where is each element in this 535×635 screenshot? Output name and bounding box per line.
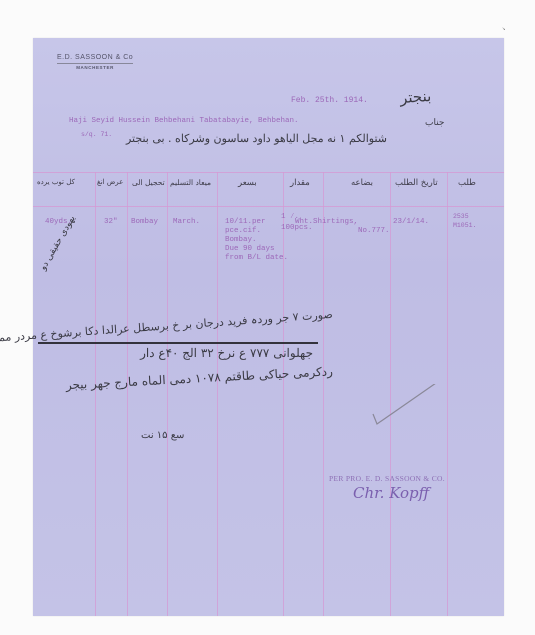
salutation-script: بنجتر	[399, 87, 431, 107]
address-line-script: شتوالکم ۱ نه مجل الیاهو داود ساسون وشرکا…	[67, 132, 387, 145]
recipient-name: Haji Seyid Hussein Behbehani Tabatabayie…	[69, 117, 299, 125]
column-divider	[217, 172, 218, 616]
cell-order: 2535 M1051.	[453, 212, 476, 230]
company-city: MANCHESTER	[57, 63, 133, 70]
handwritten-line-2: جهلوانی ۷۷۷ ع نرخ ۳۲ الج ۴۰ع دار	[143, 346, 313, 360]
cell-order-date: 23/1/14.	[393, 218, 429, 227]
invoice-paper: E.D. SASSOON & Co MANCHESTER Feb. 25th. …	[33, 38, 504, 616]
handwritten-line-3: ردکرمی حیاکی طاقتم ۱۰۷۸ دمی الماه مارج ج…	[113, 364, 333, 389]
table-top-rule	[33, 172, 504, 173]
cell-width: 32"	[104, 218, 118, 227]
column-divider	[127, 172, 128, 616]
document-date: Feb. 25th. 1914.	[291, 96, 368, 105]
header-delivery-to: تحجیل الی	[132, 178, 165, 187]
header-order: طلب	[458, 178, 476, 188]
checkmark-icon	[371, 384, 451, 464]
cell-delivery-to: Bombay	[131, 218, 158, 227]
cell-delivery-time: March.	[173, 218, 200, 227]
handwritten-line-4: سع ۱۵ نت	[141, 430, 184, 441]
header-width: عرض انغ	[97, 178, 123, 186]
header-order-date: تاریخ الطلب	[395, 178, 438, 188]
handwritten-line-1: صورت ۷ جر وردہ فرید درجان بر خ برسطل عرا…	[43, 308, 333, 341]
handwritten-signature: Chr. Kopff	[353, 484, 429, 502]
header-delivery-time: میعاد التسلیم	[170, 178, 211, 187]
cell-price: 10/11.per pce.cif. Bombay. Due 90 days f…	[225, 218, 288, 263]
header-goods: بضاعه	[351, 178, 373, 188]
company-name: E.D. SASSOON & Co	[57, 54, 133, 61]
column-divider	[167, 172, 168, 616]
column-divider	[323, 172, 324, 616]
column-divider	[95, 172, 96, 616]
header-quantity: مقدار	[290, 178, 310, 188]
per-pro-line: PER PRO. E. D. SASSOON & CO.	[329, 474, 445, 483]
header-price: بسعر	[238, 178, 257, 188]
ink-underline	[38, 342, 318, 344]
header-length: کل توب یرده	[37, 178, 75, 186]
letterhead: E.D. SASSOON & Co MANCHESTER	[57, 54, 133, 70]
table-header-rule	[33, 206, 504, 207]
scan-corner-mark: ↘	[502, 25, 506, 29]
janab-script: جناب	[425, 118, 445, 128]
